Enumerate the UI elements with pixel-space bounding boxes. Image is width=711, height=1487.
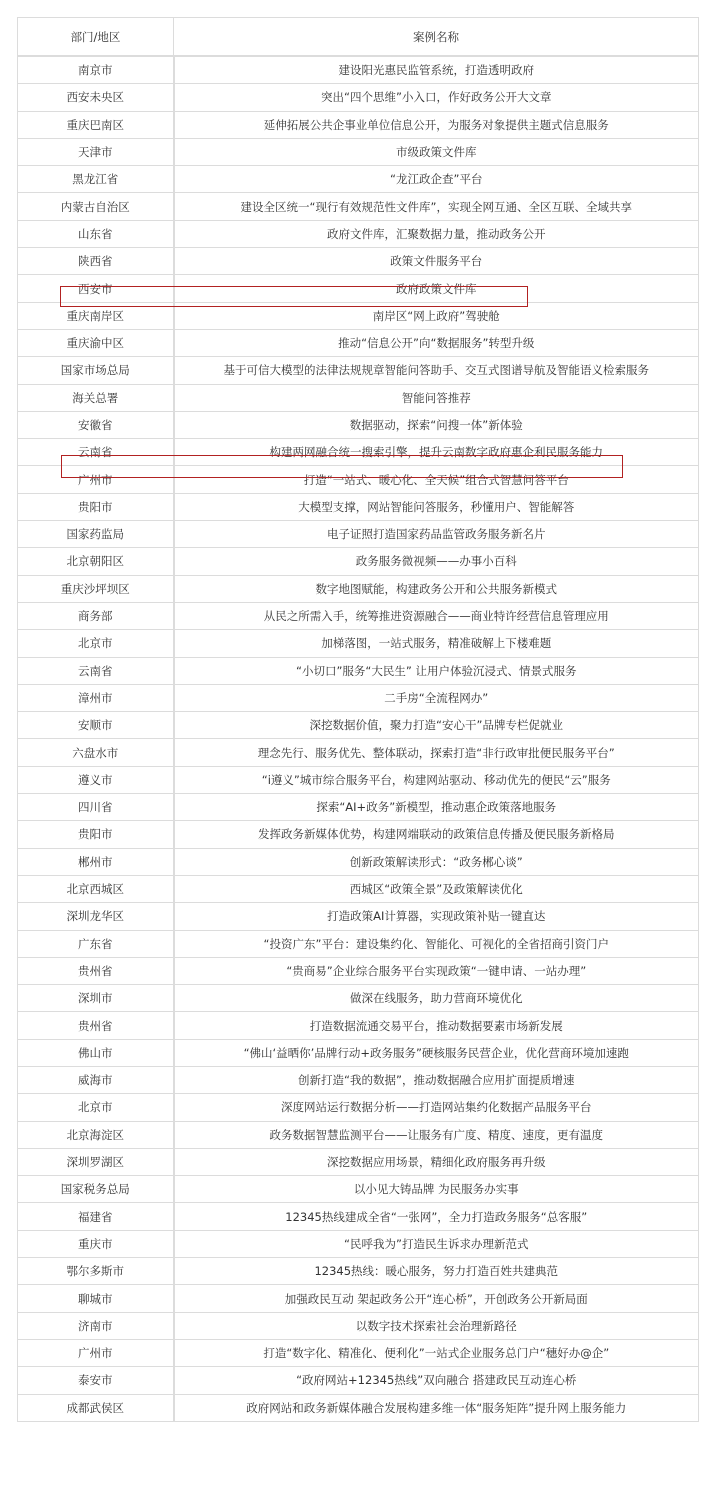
dept-cell: 广东省 bbox=[18, 930, 174, 957]
dept-cell: 济南市 bbox=[18, 1312, 174, 1339]
dept-cell: 郴州市 bbox=[18, 848, 174, 875]
dept-cell: 西安未央区 bbox=[18, 84, 174, 111]
case-name-cell: “政府网站+12345热线”双向融合 搭建政民互动连心桥 bbox=[174, 1367, 699, 1394]
table-row: 深圳市做深在线服务，助力营商环境优化 bbox=[18, 985, 699, 1012]
dept-cell: 安顺市 bbox=[18, 712, 174, 739]
dept-cell: 北京市 bbox=[18, 1094, 174, 1121]
dept-cell: 云南省 bbox=[18, 657, 174, 684]
case-name-cell: “投资广东”平台：建设集约化、智能化、可视化的全省招商引资门户 bbox=[174, 930, 699, 957]
table-row: 安徽省数据驱动，探索“问搜一体”新体验 bbox=[18, 411, 699, 438]
case-name-cell: “佛山‘益晒你’品牌行动+政务服务”硬核服务民营企业，优化营商环境加速跑 bbox=[174, 1039, 699, 1066]
case-name-cell: 以数字技术探索社会治理新路径 bbox=[174, 1312, 699, 1339]
table-header-row: 部门/地区 案例名称 bbox=[18, 18, 699, 57]
case-name-cell: 深挖数据应用场景，精细化政府服务再升级 bbox=[174, 1148, 699, 1175]
case-name-cell: 从民之所需入手，统筹推进资源融合——商业特许经营信息管理应用 bbox=[174, 602, 699, 629]
table-row: 贵州省“贵商易”企业综合服务平台实现政策“一键申请、一站办理” bbox=[18, 957, 699, 984]
case-name-cell: “龙江政企查”平台 bbox=[174, 166, 699, 193]
case-name-cell: 南岸区“网上政府”驾驶舱 bbox=[174, 302, 699, 329]
case-name-cell: 政府网站和政务新媒体融合发展构建多维一体“服务矩阵”提升网上服务能力 bbox=[174, 1394, 699, 1421]
case-name-cell: 延伸拓展公共企事业单位信息公开，为服务对象提供主题式信息服务 bbox=[174, 111, 699, 138]
table-row: 贵阳市大模型支撑，网站智能问答服务，秒懂用户、智能解答 bbox=[18, 493, 699, 520]
case-name-cell: 打造“数字化、精准化、便利化”一站式企业服务总门户“穗好办@企” bbox=[174, 1339, 699, 1366]
dept-cell: 重庆渝中区 bbox=[18, 329, 174, 356]
case-name-cell: 电子证照打造国家药品监管政务服务新名片 bbox=[174, 521, 699, 548]
table-row: 南京市建设阳光惠民监管系统，打造透明政府 bbox=[18, 56, 699, 84]
case-table: 部门/地区 案例名称 南京市建设阳光惠民监管系统，打造透明政府西安未央区突出“四… bbox=[17, 17, 699, 1422]
dept-cell: 重庆沙坪坝区 bbox=[18, 575, 174, 602]
case-name-cell: 西城区“政策全景”及政策解读优化 bbox=[174, 875, 699, 902]
dept-cell: 黑龙江省 bbox=[18, 166, 174, 193]
dept-cell: 六盘水市 bbox=[18, 739, 174, 766]
table-row: 西安未央区突出“四个思维”小入口，作好政务公开大文章 bbox=[18, 84, 699, 111]
case-name-cell: 基于可信大模型的法律法规规章智能问答助手、交互式图谱导航及智能语义检索服务 bbox=[174, 357, 699, 384]
dept-cell: 鄂尔多斯市 bbox=[18, 1258, 174, 1285]
case-name-cell: 加梯落图，一站式服务，精准破解上下楼难题 bbox=[174, 630, 699, 657]
table-row: 重庆南岸区南岸区“网上政府”驾驶舱 bbox=[18, 302, 699, 329]
dept-cell: 海关总署 bbox=[18, 384, 174, 411]
table-row: 贵阳市发挥政务新媒体优势，构建网端联动的政策信息传播及便民服务新格局 bbox=[18, 821, 699, 848]
case-name-cell: 发挥政务新媒体优势，构建网端联动的政策信息传播及便民服务新格局 bbox=[174, 821, 699, 848]
case-name-cell: 推动“信息公开”向“数据服务”转型升级 bbox=[174, 329, 699, 356]
case-name-cell: 打造政策AI计算器，实现政策补贴一键直达 bbox=[174, 903, 699, 930]
table-row: 重庆渝中区推动“信息公开”向“数据服务”转型升级 bbox=[18, 329, 699, 356]
case-name-cell: 政务数据智慧监测平台——让服务有广度、精度、速度，更有温度 bbox=[174, 1121, 699, 1148]
case-name-cell: “小切口”服务“大民生” 让用户体验沉浸式、情景式服务 bbox=[174, 657, 699, 684]
dept-cell: 北京市 bbox=[18, 630, 174, 657]
table-row: 安顺市深挖数据价值，聚力打造“安心干”品牌专栏促就业 bbox=[18, 712, 699, 739]
dept-cell: 商务部 bbox=[18, 602, 174, 629]
dept-cell: 国家市场总局 bbox=[18, 357, 174, 384]
table-row: 北京海淀区政务数据智慧监测平台——让服务有广度、精度、速度，更有温度 bbox=[18, 1121, 699, 1148]
table-row: 郴州市创新政策解读形式：“政务郴心谈” bbox=[18, 848, 699, 875]
table-row: 北京市深度网站运行数据分析——打造网站集约化数据产品服务平台 bbox=[18, 1094, 699, 1121]
table-row: 广州市打造“数字化、精准化、便利化”一站式企业服务总门户“穗好办@企” bbox=[18, 1339, 699, 1366]
table-row: 广州市打造“一站式、暖心化、全天候”组合式智慧问答平台 bbox=[18, 466, 699, 493]
table-row: 福建省12345热线建成全省“一张网”，全力打造政务服务“总客服” bbox=[18, 1203, 699, 1230]
dept-cell: 贵阳市 bbox=[18, 821, 174, 848]
table-row: 内蒙古自治区建设全区统一“现行有效规范性文件库”，实现全网互通、全区互联、全域共… bbox=[18, 193, 699, 220]
dept-cell: 北京朝阳区 bbox=[18, 548, 174, 575]
dept-cell: 贵州省 bbox=[18, 957, 174, 984]
table-row: 云南省“小切口”服务“大民生” 让用户体验沉浸式、情景式服务 bbox=[18, 657, 699, 684]
case-name-cell: 创新打造“我的数据”，推动数据融合应用扩面提质增速 bbox=[174, 1066, 699, 1093]
table-row: 济南市以数字技术探索社会治理新路径 bbox=[18, 1312, 699, 1339]
table-row: 国家药监局电子证照打造国家药品监管政务服务新名片 bbox=[18, 521, 699, 548]
table-row: 国家税务总局以小见大铸品牌 为民服务办实事 bbox=[18, 1176, 699, 1203]
dept-cell: 贵州省 bbox=[18, 1012, 174, 1039]
case-name-cell: 深度网站运行数据分析——打造网站集约化数据产品服务平台 bbox=[174, 1094, 699, 1121]
table-row: 重庆市“民呼我为”打造民生诉求办理新范式 bbox=[18, 1230, 699, 1257]
table-row: 海关总署智能问答推荐 bbox=[18, 384, 699, 411]
table-row: 漳州市二手房“全流程网办” bbox=[18, 684, 699, 711]
table-row: 北京市加梯落图，一站式服务，精准破解上下楼难题 bbox=[18, 630, 699, 657]
dept-cell: 山东省 bbox=[18, 220, 174, 247]
case-name-cell: 创新政策解读形式：“政务郴心谈” bbox=[174, 848, 699, 875]
case-name-cell: 市级政策文件库 bbox=[174, 138, 699, 165]
table-row: 商务部从民之所需入手，统筹推进资源融合——商业特许经营信息管理应用 bbox=[18, 602, 699, 629]
table-row: 成都武侯区政府网站和政务新媒体融合发展构建多维一体“服务矩阵”提升网上服务能力 bbox=[18, 1394, 699, 1421]
dept-cell: 深圳罗湖区 bbox=[18, 1148, 174, 1175]
table-row: 威海市创新打造“我的数据”，推动数据融合应用扩面提质增速 bbox=[18, 1066, 699, 1093]
case-name-cell: 数字地图赋能，构建政务公开和公共服务新模式 bbox=[174, 575, 699, 602]
table-row: 北京西城区西城区“政策全景”及政策解读优化 bbox=[18, 875, 699, 902]
dept-cell: 福建省 bbox=[18, 1203, 174, 1230]
case-name-cell: 智能问答推荐 bbox=[174, 384, 699, 411]
case-name-cell: 理念先行、服务优先、整体联动，探索打造“非行政审批便民服务平台” bbox=[174, 739, 699, 766]
dept-cell: 聊城市 bbox=[18, 1285, 174, 1312]
dept-cell: 贵阳市 bbox=[18, 493, 174, 520]
table-row: 重庆沙坪坝区数字地图赋能，构建政务公开和公共服务新模式 bbox=[18, 575, 699, 602]
case-name-cell: 打造数据流通交易平台，推动数据要素市场新发展 bbox=[174, 1012, 699, 1039]
dept-cell: 广州市 bbox=[18, 1339, 174, 1366]
table-row: 六盘水市理念先行、服务优先、整体联动，探索打造“非行政审批便民服务平台” bbox=[18, 739, 699, 766]
dept-cell: 漳州市 bbox=[18, 684, 174, 711]
dept-cell: 陕西省 bbox=[18, 248, 174, 275]
dept-cell: 国家税务总局 bbox=[18, 1176, 174, 1203]
dept-cell: 深圳市 bbox=[18, 985, 174, 1012]
header-dept: 部门/地区 bbox=[18, 18, 174, 57]
dept-cell: 安徽省 bbox=[18, 411, 174, 438]
case-name-cell: 加强政民互动 架起政务公开“连心桥”，开创政务公开新局面 bbox=[174, 1285, 699, 1312]
dept-cell: 重庆市 bbox=[18, 1230, 174, 1257]
case-name-cell: 政策文件服务平台 bbox=[174, 248, 699, 275]
dept-cell: 广州市 bbox=[18, 466, 174, 493]
header-case-name: 案例名称 bbox=[174, 18, 699, 57]
case-name-cell: 构建两网融合统一搜索引擎，提升云南数字政府惠企利民服务能力 bbox=[174, 439, 699, 466]
table-body: 南京市建设阳光惠民监管系统，打造透明政府西安未央区突出“四个思维”小入口，作好政… bbox=[18, 56, 699, 1421]
dept-cell: 泰安市 bbox=[18, 1367, 174, 1394]
dept-cell: 佛山市 bbox=[18, 1039, 174, 1066]
case-name-cell: 探索“AI+政务”新模型，推动惠企政策落地服务 bbox=[174, 794, 699, 821]
table-row: 云南省构建两网融合统一搜索引擎，提升云南数字政府惠企利民服务能力 bbox=[18, 439, 699, 466]
table-row: 国家市场总局基于可信大模型的法律法规规章智能问答助手、交互式图谱导航及智能语义检… bbox=[18, 357, 699, 384]
table-row: 北京朝阳区政务服务微视频——办事小百科 bbox=[18, 548, 699, 575]
case-name-cell: 数据驱动，探索“问搜一体”新体验 bbox=[174, 411, 699, 438]
table-row: 鄂尔多斯市12345热线：暖心服务，努力打造百姓共建典范 bbox=[18, 1258, 699, 1285]
table-row: 泰安市“政府网站+12345热线”双向融合 搭建政民互动连心桥 bbox=[18, 1367, 699, 1394]
case-name-cell: 大模型支撑，网站智能问答服务，秒懂用户、智能解答 bbox=[174, 493, 699, 520]
case-name-cell: 深挖数据价值，聚力打造“安心干”品牌专栏促就业 bbox=[174, 712, 699, 739]
dept-cell: 深圳龙华区 bbox=[18, 903, 174, 930]
case-name-cell: 以小见大铸品牌 为民服务办实事 bbox=[174, 1176, 699, 1203]
case-name-cell: 突出“四个思维”小入口，作好政务公开大文章 bbox=[174, 84, 699, 111]
table-row: 贵州省打造数据流通交易平台，推动数据要素市场新发展 bbox=[18, 1012, 699, 1039]
case-name-cell: “i遵义”城市综合服务平台，构建网站驱动、移动优先的便民“云”服务 bbox=[174, 766, 699, 793]
table-row: 遵义市“i遵义”城市综合服务平台，构建网站驱动、移动优先的便民“云”服务 bbox=[18, 766, 699, 793]
case-name-cell: 政务服务微视频——办事小百科 bbox=[174, 548, 699, 575]
case-name-cell: 12345热线：暖心服务，努力打造百姓共建典范 bbox=[174, 1258, 699, 1285]
table-row: 黑龙江省“龙江政企查”平台 bbox=[18, 166, 699, 193]
table-row: 佛山市“佛山‘益晒你’品牌行动+政务服务”硬核服务民营企业，优化营商环境加速跑 bbox=[18, 1039, 699, 1066]
case-name-cell: 12345热线建成全省“一张网”，全力打造政务服务“总客服” bbox=[174, 1203, 699, 1230]
dept-cell: 重庆南岸区 bbox=[18, 302, 174, 329]
dept-cell: 内蒙古自治区 bbox=[18, 193, 174, 220]
table-row: 深圳罗湖区深挖数据应用场景，精细化政府服务再升级 bbox=[18, 1148, 699, 1175]
dept-cell: 北京海淀区 bbox=[18, 1121, 174, 1148]
table-row: 深圳龙华区打造政策AI计算器，实现政策补贴一键直达 bbox=[18, 903, 699, 930]
case-name-cell: “贵商易”企业综合服务平台实现政策“一键申请、一站办理” bbox=[174, 957, 699, 984]
table-row: 天津市市级政策文件库 bbox=[18, 138, 699, 165]
dept-cell: 北京西城区 bbox=[18, 875, 174, 902]
case-name-cell: 政府政策文件库 bbox=[174, 275, 699, 302]
case-name-cell: 做深在线服务，助力营商环境优化 bbox=[174, 985, 699, 1012]
dept-cell: 遵义市 bbox=[18, 766, 174, 793]
dept-cell: 四川省 bbox=[18, 794, 174, 821]
table-row: 广东省“投资广东”平台：建设集约化、智能化、可视化的全省招商引资门户 bbox=[18, 930, 699, 957]
dept-cell: 南京市 bbox=[18, 56, 174, 84]
dept-cell: 西安市 bbox=[18, 275, 174, 302]
table-row: 四川省探索“AI+政务”新模型，推动惠企政策落地服务 bbox=[18, 794, 699, 821]
table-row: 聊城市加强政民互动 架起政务公开“连心桥”，开创政务公开新局面 bbox=[18, 1285, 699, 1312]
case-name-cell: 建设全区统一“现行有效规范性文件库”，实现全网互通、全区互联、全域共享 bbox=[174, 193, 699, 220]
case-name-cell: 政府文件库，汇聚数据力量，推动政务公开 bbox=[174, 220, 699, 247]
dept-cell: 云南省 bbox=[18, 439, 174, 466]
table-row: 陕西省政策文件服务平台 bbox=[18, 248, 699, 275]
dept-cell: 国家药监局 bbox=[18, 521, 174, 548]
table-row: 山东省政府文件库，汇聚数据力量，推动政务公开 bbox=[18, 220, 699, 247]
table-row: 西安市政府政策文件库 bbox=[18, 275, 699, 302]
case-name-cell: 打造“一站式、暖心化、全天候”组合式智慧问答平台 bbox=[174, 466, 699, 493]
dept-cell: 成都武侯区 bbox=[18, 1394, 174, 1421]
dept-cell: 重庆巴南区 bbox=[18, 111, 174, 138]
case-name-cell: 建设阳光惠民监管系统，打造透明政府 bbox=[174, 56, 699, 84]
dept-cell: 威海市 bbox=[18, 1066, 174, 1093]
case-name-cell: 二手房“全流程网办” bbox=[174, 684, 699, 711]
table-row: 重庆巴南区延伸拓展公共企事业单位信息公开，为服务对象提供主题式信息服务 bbox=[18, 111, 699, 138]
dept-cell: 天津市 bbox=[18, 138, 174, 165]
case-name-cell: “民呼我为”打造民生诉求办理新范式 bbox=[174, 1230, 699, 1257]
